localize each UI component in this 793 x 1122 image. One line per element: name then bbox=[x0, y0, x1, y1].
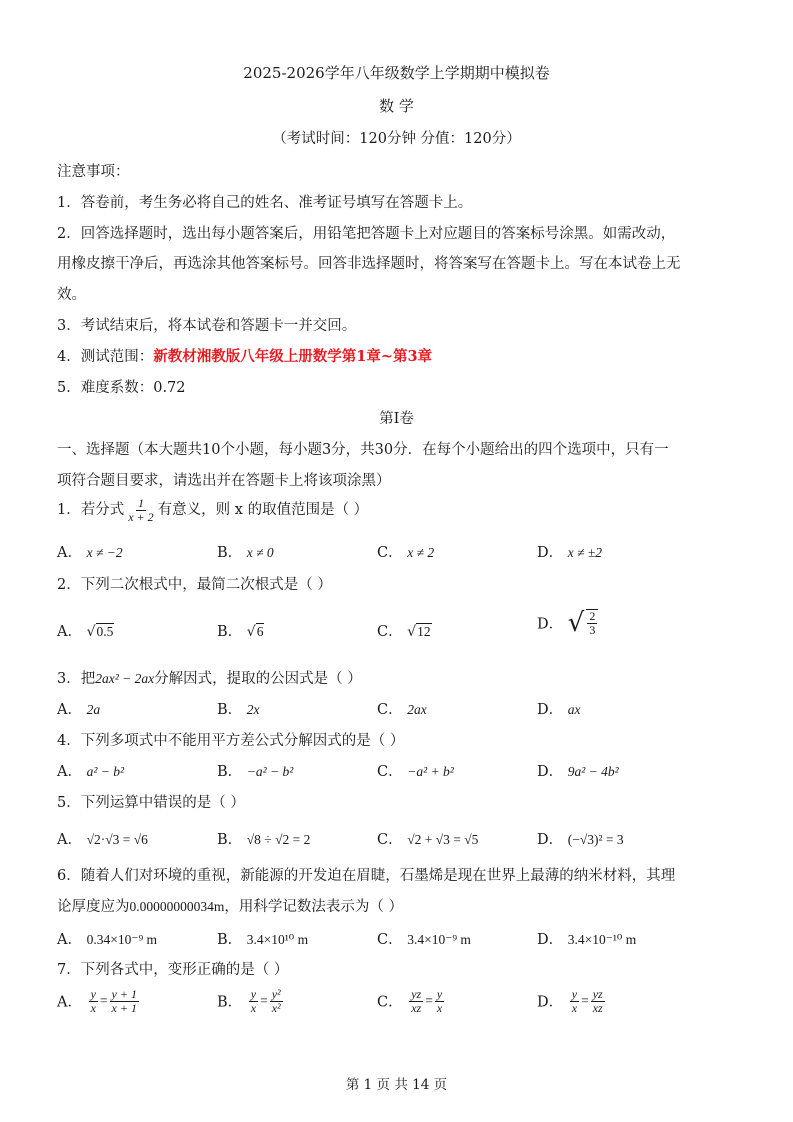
notes-heading: 注意事项： bbox=[57, 160, 130, 181]
question-1-option-b[interactable]: B． x ≠ 0 bbox=[217, 541, 274, 562]
fraction: 1x + 2 bbox=[126, 497, 155, 523]
question-3-option-c[interactable]: C． 2ax bbox=[377, 698, 427, 719]
question-1-option-c[interactable]: C． x ≠ 2 bbox=[377, 541, 434, 562]
scope-value: 新教材湘教版八年级上册数学第1章~第3章 bbox=[153, 348, 432, 365]
question-2-option-c[interactable]: C． √12 bbox=[377, 620, 432, 641]
page-footer: 第 1 页 共 14 页 bbox=[0, 1073, 793, 1093]
question-5-option-a[interactable]: A． √2·√3 = √6 bbox=[57, 828, 148, 849]
section-intro-1: 一、选择题（本大题共10个小题，每小题3分，共30分．在每个小题给出的四个选项中… bbox=[57, 438, 669, 459]
sqrt-expression: √23 bbox=[568, 608, 601, 638]
question-6-option-b[interactable]: B． 3.4×10¹⁰ m bbox=[217, 928, 308, 949]
question-6-stem-1: 6．随着人们对环境的重视，新能源的开发迫在眉睫，石墨烯是现在世界上最薄的纳米材料… bbox=[57, 864, 675, 885]
question-1-option-d[interactable]: D． x ≠ ±2 bbox=[537, 541, 602, 562]
exam-title: 2025-2026学年八年级数学上学期期中模拟卷 bbox=[0, 62, 793, 83]
note-item-3: 3．考试结束后，将本试卷和答题卡一并交回。 bbox=[57, 314, 356, 335]
scope-label: 4．测试范围： bbox=[57, 349, 153, 365]
question-4-option-a[interactable]: A． a² − b² bbox=[57, 760, 124, 781]
question-4-option-b[interactable]: B． −a² − b² bbox=[217, 760, 293, 781]
question-2-option-d[interactable]: D． √23 bbox=[537, 608, 600, 638]
question-7-stem: 7．下列各式中，变形正确的是（ ） bbox=[57, 958, 288, 979]
question-5-option-b[interactable]: B． √8 ÷ √2 = 2 bbox=[217, 828, 310, 849]
question-4-stem: 4．下列多项式中不能用平方差公式分解因式的是（ ） bbox=[57, 729, 404, 750]
sqrt-expression: √6 bbox=[247, 624, 265, 640]
question-2-option-a[interactable]: A． √0.5 bbox=[57, 620, 114, 641]
sqrt-expression: √12 bbox=[407, 624, 431, 640]
question-2-option-b[interactable]: B． √6 bbox=[217, 620, 264, 641]
question-7-option-b[interactable]: B． yx=y²x² bbox=[217, 988, 285, 1014]
question-2-stem: 2．下列二次根式中，最简二次根式是（ ） bbox=[57, 573, 332, 594]
volume-heading: 第Ⅰ卷 bbox=[0, 407, 793, 428]
question-4-option-d[interactable]: D． 9a² − 4b² bbox=[537, 760, 619, 781]
note-item-2-end: 效。 bbox=[57, 283, 86, 304]
question-5-option-d[interactable]: D． (−√3)² = 3 bbox=[537, 828, 624, 849]
sqrt-expression: √0.5 bbox=[87, 624, 115, 640]
question-3-option-d[interactable]: D． ax bbox=[537, 698, 581, 719]
note-item-2: 2．回答选择题时，选出每小题答案后，用铅笔把答题卡上对应题目的答案标号涂黑。如需… bbox=[57, 222, 675, 243]
question-5-stem: 5．下列运算中错误的是（ ） bbox=[57, 791, 245, 812]
question-1-option-a[interactable]: A． x ≠ −2 bbox=[57, 541, 123, 562]
question-1-stem: 1．若分式1x + 2有意义，则 x 的取值范围是（ ） bbox=[57, 497, 368, 523]
question-3-option-b[interactable]: B． 2x bbox=[217, 698, 260, 719]
note-item-4: 4．测试范围：新教材湘教版八年级上册数学第1章~第3章 bbox=[57, 345, 432, 366]
note-item-2-cont: 用橡皮擦干净后，再选涂其他答案标号。回答非选择题时，将答案写在答题卡上。写在本试… bbox=[57, 252, 681, 273]
question-7-option-d[interactable]: D． yx=yzxz bbox=[537, 988, 607, 1014]
question-5-option-c[interactable]: C． √2 + √3 = √5 bbox=[377, 828, 478, 849]
section-intro-2: 项符合题目要求，请选出并在答题卡上将该项涂黑） bbox=[57, 469, 391, 490]
subject-title: 数 学 bbox=[0, 95, 793, 116]
question-6-option-d[interactable]: D． 3.4×10⁻¹⁰ m bbox=[537, 928, 636, 949]
question-6-option-c[interactable]: C． 3.4×10⁻⁹ m bbox=[377, 928, 471, 949]
question-6-stem-2: 论厚度应为0.00000000034m，用科学记数法表示为（ ） bbox=[57, 895, 403, 916]
note-item-1: 1．答卷前，考生务必将自己的姓名、准考证号填写在答题卡上。 bbox=[57, 191, 472, 212]
question-6-option-a[interactable]: A． 0.34×10⁻⁹ m bbox=[57, 928, 157, 949]
question-7-option-c[interactable]: C． yzxz=yx bbox=[377, 988, 446, 1014]
question-3-stem: 3．把2ax² − 2ax分解因式，提取的公因式是（ ） bbox=[57, 667, 362, 688]
question-7-option-a[interactable]: A． yx=y + 1x + 1 bbox=[57, 988, 141, 1014]
exam-info: （考试时间：120分钟 分值：120分） bbox=[0, 127, 793, 148]
note-item-5: 5．难度系数：0.72 bbox=[57, 376, 186, 397]
question-4-option-c[interactable]: C． −a² + b² bbox=[377, 760, 454, 781]
question-3-option-a[interactable]: A． 2a bbox=[57, 698, 100, 719]
